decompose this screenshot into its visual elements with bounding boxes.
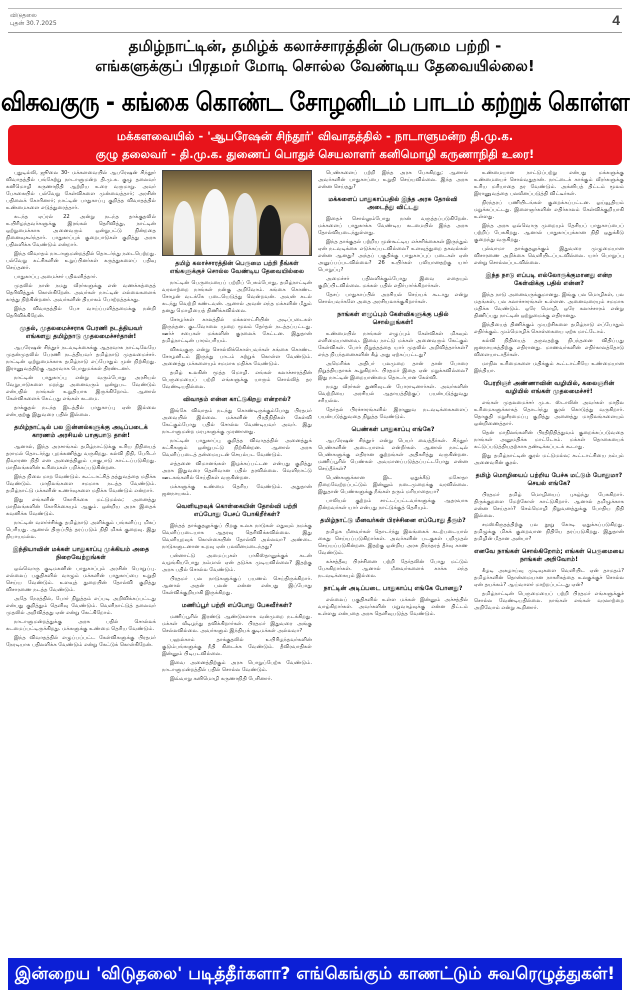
body-paragraph: இங்கே விவாதம் நடந்து கொண்டிருக்கும்போது … <box>162 408 312 436</box>
top-rule <box>8 8 622 9</box>
body-paragraph: அமைச்சர் பதிலளிக்கும்போது இவை எதையும் கு… <box>318 276 468 290</box>
kicker-line-2: எங்களுக்குப் பிரதமர் மோடி சொல்ல வேண்டிய … <box>0 56 630 76</box>
body-paragraph: மணிப்பூரில் இரண்டு ஆண்டுகளாக வன்முறை நடக… <box>162 614 312 635</box>
body-paragraph: கடந்த ஏப்ரல் 22 அன்று நடந்த தாக்குதலில் … <box>6 214 156 249</box>
subheading: மணிப்பூர் பற்றி எப்போது பேசுவீர்கள்? <box>162 602 312 610</box>
body-paragraph: இந்தத் தாக்குதலுக்குப் பிறகு உலக நாடுகள்… <box>162 523 312 551</box>
article-columns: புதுடில்லி, ஜூலை 30- மக்களவையில் ஆபரேஷன்… <box>6 170 624 950</box>
body-paragraph: பெண்களுக்கான இட ஒதுக்கீடு மசோதா நிறைவேற்… <box>318 475 468 496</box>
red-banner-line-2: குழு தலைவர் - தி.மு.க. துணைப் பொதுச் செய… <box>8 145 622 163</box>
body-paragraph: இதைச் சொல்லும்போது நான் வருத்தப்படுகிறேன… <box>318 216 468 237</box>
subheading: பெண்கள் பாதுகாப்பு எங்கே? <box>318 426 468 434</box>
body-paragraph: சோழர்கள் காலத்தில் மக்களாட்சியின் அடிப்ப… <box>162 317 312 345</box>
body-paragraph: ஆபரேஷன் சிந்தூர் என்று பெயர் வைத்தீர்கள்… <box>318 438 468 473</box>
body-paragraph: பிரதமர் தமிழ் மொழியைப் புகழ்ந்து பேசுகிற… <box>474 492 624 520</box>
body-paragraph: பெண்களைப் பற்றி இந்த அரசு பேசுகிறது; ஆனா… <box>318 170 468 191</box>
body-paragraph: இந்த அரசு ஒவ்வொரு முறையும் தேசியப் பாதுக… <box>474 223 624 244</box>
promo-banner: இன்றைய 'விடுதலை' படித்தீர்களா? எங்கெங்கு… <box>8 958 622 990</box>
subheading: இந்தியாவின் மக்கள் பாதுகாப்பு முக்கியம் … <box>6 546 156 562</box>
subheading: மக்களைப் பாதுகாப்பதில் இந்த அரசு தோல்வி … <box>318 196 468 212</box>
body-paragraph: இந்த நாடு அனைவருக்குமானது. இங்கு பல மொழி… <box>474 292 624 320</box>
body-paragraph: அமெரிக்க அதிபர் பலமுறை தான் தான் போரை நி… <box>318 361 468 382</box>
article-column-2: தமிழ் கலாச்சாரத்தின் பெருமை பற்றி நீங்கள… <box>162 170 312 950</box>
body-paragraph: இது எங்களின் கோரிக்கை மட்டுமல்ல; அனைத்து… <box>6 497 156 518</box>
subheading: தமிழ் மொழியைப் பற்றிய பேச்சு மட்டும் போத… <box>474 472 624 488</box>
body-paragraph: உண்மையில் நாங்கள் எழுப்பும் கேள்விகள் மி… <box>318 331 468 359</box>
body-paragraph: முதலில் நான் நமது வீரர்களுக்கு என் வணக்க… <box>6 283 156 304</box>
body-paragraph: தேர்தல் பிரச்சாரங்களில் இராணுவ நடவடிக்கை… <box>318 407 468 421</box>
subheading: முதல், முதலமைச்சராக பேரணி நடத்தியவர் எங்… <box>6 325 156 341</box>
subheading: எனவே நாங்கள் சொல்கிறோம்; எங்கள் பெருமையை… <box>474 548 624 564</box>
body-paragraph: இந்த தாக்குதல் பற்றிய முன்கூட்டிய எச்சரி… <box>318 239 468 274</box>
red-subhead-banner: மக்களவையில் - 'ஆபரேஷன் சிந்தூர்' விவாதத்… <box>8 125 622 165</box>
subheading: தமிழ்நாட்டில் பல இன்னல்களுக்கு அடிப்படைக… <box>6 424 156 440</box>
body-paragraph: இந்த விவாதத்தில் எழுப்பப்பட்ட கேள்விகளுக… <box>6 635 156 649</box>
subheading: வெளியுறவுக் கொள்கையின் தோல்வி பற்றி எப்ப… <box>162 503 312 519</box>
body-paragraph: பாதுகாப்பு அமைச்சர் பதிலளித்தார். <box>6 274 156 281</box>
body-paragraph: பஹல்காம் தாக்குதலில் உயிரிழந்தவர்களின் க… <box>162 637 312 658</box>
body-paragraph: உண்மையான நாட்டுப்பற்று என்பது மக்களுக்கு… <box>474 170 624 198</box>
kicker-line-1: தமிழ்நாட்டின், தமிழ்க் கலாச்சாரத்தின் பெ… <box>0 36 630 56</box>
red-banner-line-1: மக்களவையில் - 'ஆபரேஷன் சிந்தூர்' விவாதத்… <box>8 127 622 145</box>
issue-date: புதன் 30.7.2025 <box>10 20 57 28</box>
photo-figure <box>283 223 309 256</box>
kicker-headline: தமிழ்நாட்டின், தமிழ்க் கலாச்சாரத்தின் பெ… <box>0 36 630 76</box>
subheading: விவாதம் என்ன காட்டுகிறது என்றால்? <box>162 396 312 404</box>
body-paragraph: தமிழ்நாட்டின் பெருமையைப் பற்றி பிரதமர் எ… <box>474 591 624 612</box>
body-paragraph: பன்னாட்டு அமைப்புகள் பாகிஸ்தானுக்குக் கட… <box>162 553 312 574</box>
subheading: தமிழ்நாட்டு மீனவர்கள் பிரச்சினை எப்போது … <box>318 517 468 525</box>
body-paragraph: இது தமிழ்நாட்டின் குரல் மட்டுமல்ல; கூட்ட… <box>474 453 624 467</box>
body-paragraph: நாட்டின் பாதுகாப்பு குறித்த விவாதத்தில் … <box>162 438 312 459</box>
body-paragraph: இந்த நிலை மாற வேண்டும். கூட்டாட்சித் தத்… <box>6 474 156 495</box>
body-paragraph: இவ்வாறு கனிமொழி கருணாநிதி பேசினார். <box>162 676 312 683</box>
body-paragraph: புதுடில்லி, ஜூலை 30- மக்களவையில் ஆபரேஷன்… <box>6 170 156 212</box>
body-paragraph: நமது வீரர்கள் துணிவுடன் போராடினார்கள். அ… <box>318 384 468 405</box>
body-paragraph: ஒவ்வொரு குடிமகனின் பாதுகாப்பும் அரசின் ப… <box>6 566 156 594</box>
body-paragraph: கீழடி அகழாய்வு முடிவுகளை வெளியிட ஏன் தாம… <box>474 568 624 589</box>
body-paragraph: தென் மாநிலங்களின் பிரதிநிதித்துவம் குறைக… <box>474 430 624 451</box>
body-paragraph: மாநில உரிமைகளை மதிக்கும் கூட்டாட்சியே உண… <box>474 361 624 375</box>
body-paragraph: தாக்குதல் நடந்த இடத்தில் பாதுகாப்பு ஏன் … <box>6 405 156 419</box>
masthead: விடுதலை புதன் 30.7.2025 <box>10 12 57 28</box>
body-paragraph: நிரந்தரப் பணியிடங்கள் குறைக்கப்பட்டன. ஓய… <box>474 200 624 221</box>
subheading: இந்த நாடு எப்படி எல்லோருக்குமானது என்ற க… <box>474 272 624 288</box>
body-paragraph: எல்லைப் பகுதிகளில் உள்ள மக்கள் இன்னும் அ… <box>318 597 468 618</box>
subheading: நாட்டின் அடிப்படை பாதுகாப்பு எங்கே போனது… <box>318 585 468 593</box>
photo-figure <box>173 201 195 256</box>
body-paragraph: கச்சத்தீவு பிரச்சினை பற்றி தேர்தலின் போத… <box>318 559 468 580</box>
subheading: நாங்கள் எழுப்பும் கேள்விகளுக்கு பதில் சொ… <box>318 311 468 327</box>
body-paragraph: இந்த விவாதம் நாடாளுமன்றத்தில் தொடர்ந்து … <box>6 251 156 272</box>
parliament-photo <box>162 170 312 256</box>
body-paragraph: தமிழ் உலகின் மூத்த மொழி. எங்கள் கலாச்சார… <box>162 370 312 391</box>
body-paragraph: நாட்டின் வளர்ச்சிக்கு தமிழ்நாடு அளிக்கும… <box>6 520 156 541</box>
body-paragraph: தேசப் பாதுகாப்பில் அரசியல் செய்யக் கூடாத… <box>318 292 468 306</box>
body-paragraph: தமிழக மீனவர்கள் தொடர்ந்து இலங்கைக் கடற்ப… <box>318 529 468 557</box>
body-paragraph: சமஸ்கிருதத்திற்கு பல நூறு கோடி ஒதுக்கப்ப… <box>474 522 624 543</box>
page-number: 4 <box>612 12 620 28</box>
body-paragraph: பிரதமர் பல நாடுகளுக்குப் பயணம் செய்திருக… <box>162 576 312 597</box>
photo-caption: தமிழ் கலாச்சாரத்தின் பெருமை பற்றி நீங்கள… <box>162 260 312 276</box>
article-column-4: உண்மையான நாட்டுப்பற்று என்பது மக்களுக்கு… <box>474 170 624 950</box>
article-column-3: பெண்களைப் பற்றி இந்த அரசு பேசுகிறது; ஆனா… <box>318 170 468 950</box>
body-paragraph: மக்களுக்கு உண்மை தெரிய வேண்டும். அதுதான்… <box>162 484 312 498</box>
body-paragraph: ஆனால், இந்த அரசாங்கம் தமிழ்நாட்டுக்கு உர… <box>6 444 156 472</box>
body-paragraph: எங்கள் முதலமைச்சர் மு.க. ஸ்டாலின் அவர்கள… <box>474 400 624 428</box>
body-paragraph: இவை அனைத்திற்கும் அரசு பொறுப்பேற்க வேண்ட… <box>162 660 312 674</box>
body-paragraph: ஆபரேஷன் சிந்தூர் நடவடிக்கைக்கு ஆதரவாக நா… <box>6 345 156 373</box>
article-column-1: புதுடில்லி, ஜூலை 30- மக்களவையில் ஆபரேஷன்… <box>6 170 156 950</box>
body-paragraph: இந்த விவாதத்தில் பேச வாய்ப்பளித்தமைக்கு … <box>6 306 156 320</box>
body-paragraph: அதே நேரத்தில், போர் நிறுத்தம் எப்படி அறி… <box>6 596 156 617</box>
body-paragraph: விசுவகுரு என்று சொல்லிக்கொள்பவர்கள் கங்க… <box>162 347 312 368</box>
body-paragraph: நாட்டின் பெருமையைப் பற்றிப் பேசும்போது, … <box>162 280 312 315</box>
body-paragraph: நாட்டின் பாதுகாப்பு என்று வரும்போது அரசி… <box>6 375 156 403</box>
body-paragraph: புல்வாமா தாக்குதலுக்கும் இதுவரை முழுமையா… <box>474 246 624 267</box>
photo-figure <box>259 205 281 256</box>
paper-name: விடுதலை <box>10 12 57 20</box>
photo-figure <box>201 189 229 256</box>
body-paragraph: எத்தனை விமானங்கள் இழக்கப்பட்டன என்பது கு… <box>162 461 312 482</box>
body-paragraph: நாடாளுமன்றத்துக்கு அரசு பதில் சொல்லக் கட… <box>6 619 156 633</box>
body-paragraph: பாலியல் குற்றம் சாட்டப்பட்டவர்களுக்கு ஆத… <box>318 498 468 512</box>
subheading: பேரறிஞர் அண்ணாவின் வழியில், கலைஞரின் வழி… <box>474 380 624 396</box>
photo-figure <box>233 193 257 256</box>
body-paragraph: இந்தியைத் திணிக்கும் முயற்சிகளை தமிழ்நாட… <box>474 322 624 336</box>
body-paragraph: கல்வி நிதியைத் தருவதற்கு நிபந்தனை விதிப்… <box>474 338 624 359</box>
header-rule <box>8 32 622 33</box>
